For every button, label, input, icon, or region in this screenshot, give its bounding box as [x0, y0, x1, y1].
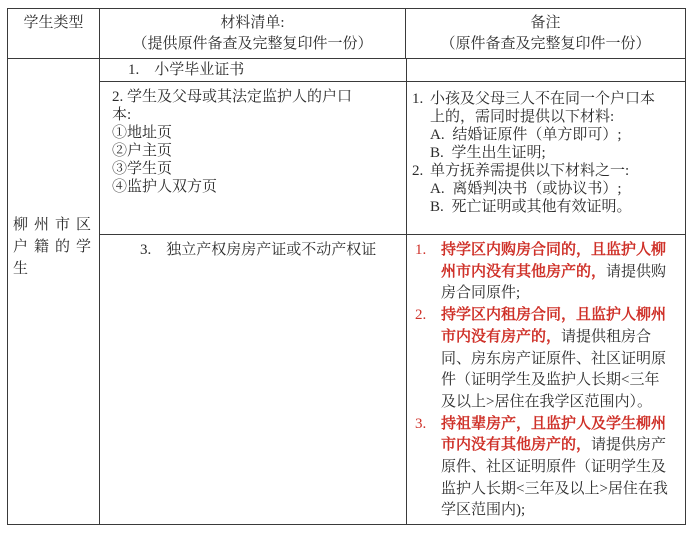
- material-2-item: ②户主页: [112, 142, 360, 160]
- item-number: 2.: [415, 305, 426, 327]
- table-header-row: 学生类型 材料清单: （提供原件备查及完整复印件一份） 备注 （原件备查及完整复…: [8, 9, 685, 59]
- remark-line: 2. 单方抚养需提供以下材料之一:: [412, 162, 661, 180]
- material-2-item: ④监护人双方页: [112, 178, 360, 196]
- line-label: 2.: [412, 162, 423, 180]
- materials-note: （提供原件备查及完整复印件一份）: [100, 34, 405, 55]
- material-cell-2: 2. 学生及父母或其法定监护人的户口本: ①地址页 ②户主页 ③学生页 ④监护人…: [100, 82, 406, 234]
- line-label: B.: [430, 145, 444, 161]
- remark-line: B. 学生出生证明;: [412, 144, 661, 162]
- header-cell-materials: 材料清单: （提供原件备查及完整复印件一份）: [99, 9, 405, 58]
- table-row-1: 1. 小学毕业证书: [100, 59, 685, 82]
- header-cell-remarks: 备注 （原件备查及完整复印件一份）: [405, 9, 685, 58]
- remark-item: 1. 持学区内购房合同的，且监护人柳州市内没有其他房产的，请提供购房合同原件;: [413, 240, 669, 305]
- material-2-item: ③学生页: [112, 160, 360, 178]
- line-text: 死亡证明或其他有效证明。: [452, 199, 632, 215]
- header-cell-student-type: 学生类型: [8, 9, 99, 58]
- line-label: A.: [430, 127, 445, 143]
- line-label: B.: [430, 199, 444, 215]
- line-text: 学生出生证明;: [452, 145, 546, 161]
- remark-line: 1. 小孩及父母三人不在同一个户口本上的，需同时提供以下材料:: [412, 90, 661, 126]
- remark-cell-1: [406, 59, 685, 81]
- document-page: 学生类型 材料清单: （提供原件备查及完整复印件一份） 备注 （原件备查及完整复…: [0, 0, 694, 536]
- remarks-note: （原件备查及完整复印件一份）: [406, 34, 685, 55]
- line-text: 离婚判决书（或协议书）;: [452, 181, 621, 197]
- line-label: A.: [430, 181, 445, 197]
- remark-item: 3. 持祖辈房产，且监护人及学生柳州市内没有其他房产的，请提供房产原件、社区证明…: [413, 414, 669, 523]
- remark-item: 2. 持学区内租房合同，且监护人柳州市内没有房产的，请提供租房合同、房东房产证原…: [413, 305, 669, 414]
- student-type-header-label: 学生类型: [8, 13, 99, 34]
- remark-cell-3: 1. 持学区内购房合同的，且监护人柳州市内没有其他房产的，请提供购房合同原件; …: [406, 235, 685, 524]
- material-cell-1: 1. 小学毕业证书: [100, 59, 406, 81]
- material-2-intro: 2. 学生及父母或其法定监护人的户口本:: [112, 88, 360, 124]
- remark-line: A. 离婚判决书（或协议书）;: [412, 180, 661, 198]
- materials-title: 材料清单:: [100, 13, 405, 34]
- line-text: 单方抚养需提供以下材料之一:: [430, 163, 629, 179]
- table-body: 柳州市区户籍的学生 1. 小学毕业证书 2. 学生及父母或其法定监护人的户口本:…: [8, 59, 685, 524]
- material-rows: 1. 小学毕业证书 2. 学生及父母或其法定监护人的户口本: ①地址页 ②户主页…: [99, 59, 685, 524]
- materials-table: 学生类型 材料清单: （提供原件备查及完整复印件一份） 备注 （原件备查及完整复…: [7, 8, 686, 525]
- item-number: 3.: [415, 414, 426, 436]
- material-2-item: ①地址页: [112, 124, 360, 142]
- remark-cell-2: 1. 小孩及父母三人不在同一个户口本上的，需同时提供以下材料: A. 结婚证原件…: [406, 82, 685, 234]
- line-text: 结婚证原件（单方即可）;: [452, 127, 621, 143]
- table-row-2: 2. 学生及父母或其法定监护人的户口本: ①地址页 ②户主页 ③学生页 ④监护人…: [100, 82, 685, 235]
- remark-line: B. 死亡证明或其他有效证明。: [412, 198, 661, 216]
- student-type-cell: 柳州市区户籍的学生: [8, 59, 99, 524]
- remark-line: A. 结婚证原件（单方即可）;: [412, 126, 661, 144]
- remarks-title: 备注: [406, 13, 685, 34]
- line-text: 小孩及父母三人不在同一个户口本上的，需同时提供以下材料:: [430, 91, 655, 125]
- line-label: 1.: [412, 90, 423, 108]
- material-cell-3: 3. 独立产权房房产证或不动产权证: [100, 235, 406, 524]
- item-number: 1.: [415, 240, 426, 262]
- table-row-3: 3. 独立产权房房产证或不动产权证 1. 持学区内购房合同的，且监护人柳州市内没…: [100, 235, 685, 524]
